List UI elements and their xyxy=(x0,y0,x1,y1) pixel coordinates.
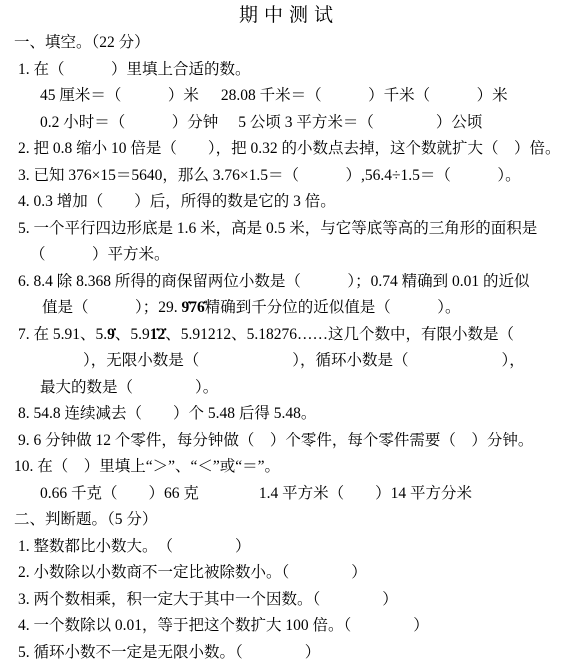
s1-q1-line1: 1. 在（ ）里填上合适的数。 xyxy=(0,57,578,84)
s2-q1: 1. 整数都比小数大。 （ ） xyxy=(0,534,578,561)
s1-q10-line2-part2: 1.4 平方米（ ）14 平方分米 xyxy=(259,485,472,502)
s1-q7-line1-post: 、5.91212、5.18276……这几个数中，有限小数是（ xyxy=(165,326,514,343)
section1-heading: 一、填空。（22 分） xyxy=(0,30,578,57)
s1-q7-line2: ），无限小数是（ ），循环小数是（ ）， xyxy=(0,348,578,375)
section2-heading: 二、判断题。（5 分） xyxy=(0,507,578,534)
s1-q9: 9. 6 分钟做 12 个零件，每分钟做（ ）个零件，每个零件需要（ ）分钟。 xyxy=(0,428,578,455)
s1-q1-line2-part2: 28.08 千米＝（ ）千米（ ）米 xyxy=(221,87,508,104)
s1-q10-line1: 10. 在（ ）里填上“＞”、“＜”或“＝”。 xyxy=(0,454,578,481)
s1-q1-line2-part1: 45 厘米＝（ ）米 xyxy=(40,87,199,104)
s1-q1-line2: 45 厘米＝（ ）米28.08 千米＝（ ）千米（ ）米 xyxy=(0,83,578,110)
s1-q6-line1: 6. 8.4 除 8.368 所得的商保留两位小数是（ ）；0.74 精确到 0… xyxy=(0,269,578,296)
s1-q5-line2: （ ）平方米。 xyxy=(0,242,578,269)
s1-q1-line3-part2: 5 公顷 3 平方米＝（ ）公顷 xyxy=(238,114,482,131)
s2-q4: 4. 一个数除以 0.01，等于把这个数扩大 100 倍。（ ） xyxy=(0,613,578,640)
s1-q7-line3: 最大的数是（ ）。 xyxy=(0,375,578,402)
s1-q7-repeating-decimal-2: 1̇2̇ xyxy=(150,326,166,343)
s1-q7-line1-pre: 7. 在 5.91、5. xyxy=(18,326,107,343)
s1-q7-repeating-decimal-1: 9̇ xyxy=(107,326,115,343)
s1-q5-line1: 5. 一个平行四边形底是 1.6 米，高是 0.5 米，与它等底等高的三角形的面… xyxy=(0,216,578,243)
s2-q2: 2. 小数除以小数商不一定比被除数小。（ ） xyxy=(0,560,578,587)
s1-q6-line2-post: 精确到千分位的近似值是（ ）。 xyxy=(205,299,461,316)
s1-q6-line2-pre: 值是（ ）；29. xyxy=(42,299,182,316)
s1-q6-line2: 值是（ ）；29. 9̇76̇精确到千分位的近似值是（ ）。 xyxy=(0,295,578,322)
s1-q1-line3: 0.2 小时＝（ ）分钟5 公顷 3 平方米＝（ ）公顷 xyxy=(0,110,578,137)
s1-q10-line2: 0.66 千克（ ）66 克1.4 平方米（ ）14 平方分米 xyxy=(0,481,578,508)
s1-q1-line3-part1: 0.2 小时＝（ ）分钟 xyxy=(40,114,218,131)
s1-q2: 2. 把 0.8 缩小 10 倍是（ ），把 0.32 的小数点去掉，这个数就扩… xyxy=(0,136,578,163)
s1-q7-line1: 7. 在 5.91、5.9̇、5.91̇2̇、5.91212、5.18276……… xyxy=(0,322,578,349)
worksheet-page: 期中测试 一、填空。（22 分） 1. 在（ ）里填上合适的数。 45 厘米＝（… xyxy=(0,0,578,665)
s1-q6-repeating-decimal: 9̇76̇ xyxy=(182,299,205,316)
s2-q5: 5. 循环小数不一定是无限小数。（ ） xyxy=(0,640,578,665)
s1-q8: 8. 54.8 连续减去（ ）个 5.48 后得 5.48。 xyxy=(0,401,578,428)
s1-q10-line2-part1: 0.66 千克（ ）66 克 xyxy=(40,485,199,502)
s2-q3: 3. 两个数相乘，积一定大于其中一个因数。（ ） xyxy=(0,587,578,614)
s1-q4: 4. 0.3 增加（ ）后，所得的数是它的 3 倍。 xyxy=(0,189,578,216)
page-title: 期中测试 xyxy=(0,2,578,30)
s1-q7-line1-mid: 、5.9 xyxy=(115,326,150,343)
s1-q3: 3. 已知 376×15＝5640，那么 3.76×1.5＝（ ）,56.4÷1… xyxy=(0,163,578,190)
